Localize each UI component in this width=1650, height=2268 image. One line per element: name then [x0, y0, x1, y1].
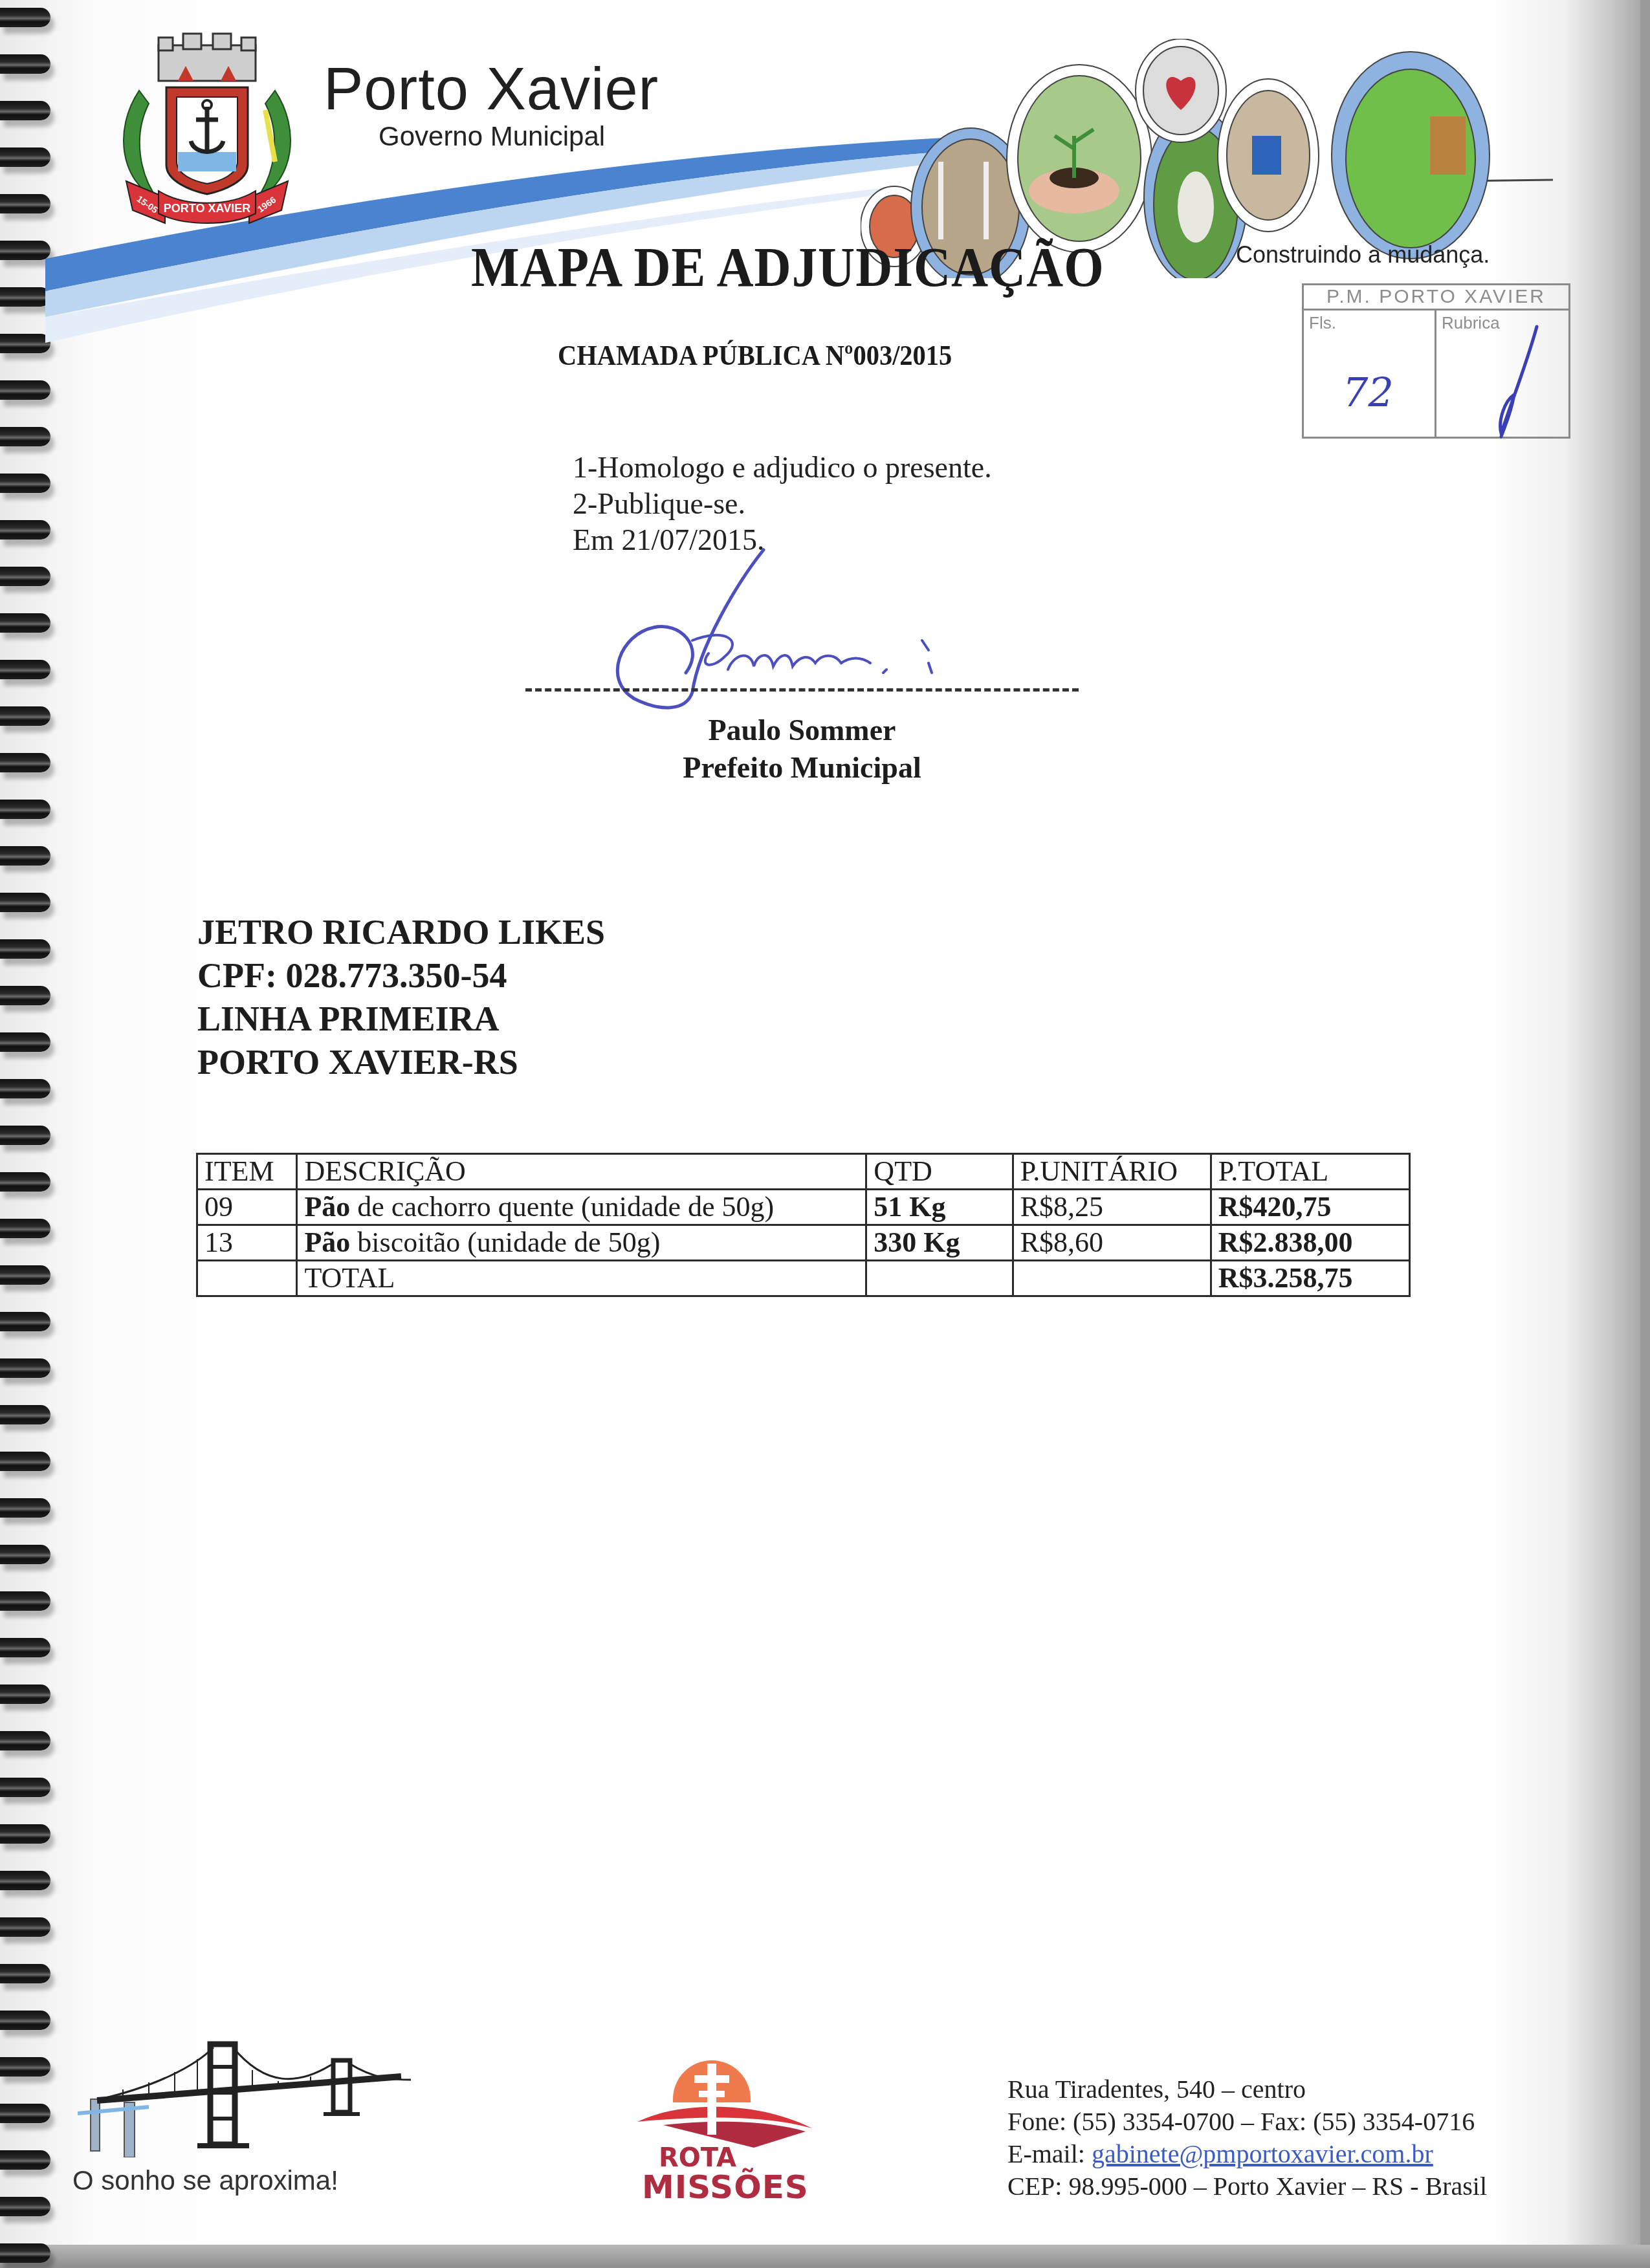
header-description: DESCRIÇÃO	[297, 1154, 866, 1190]
header-item: ITEM	[197, 1154, 297, 1190]
cell-description-rest: biscoitão (unidade de 50g)	[350, 1227, 660, 1258]
binding-ring	[0, 986, 50, 1005]
header-quantity: QTD	[866, 1154, 1013, 1190]
binding-ring	[0, 893, 50, 912]
binding-ring	[0, 1638, 50, 1657]
binding-ring	[0, 613, 50, 633]
cell-total-price: R$420,75	[1211, 1190, 1409, 1225]
table-header-row: ITEM DESCRIÇÃO QTD P.UNITÁRIO P.TOTAL	[197, 1154, 1410, 1190]
binding-ring	[0, 287, 50, 307]
binding-ring	[0, 1219, 50, 1238]
rota-logo-text-line1: ROTA	[659, 2145, 736, 2171]
scan-shadow	[0, 2245, 1650, 2268]
stamp-rubric-cell: Rubrica	[1436, 311, 1568, 439]
total-label: TOTAL	[297, 1261, 866, 1296]
cell-empty	[866, 1261, 1013, 1296]
cell-empty	[1013, 1261, 1211, 1296]
binding-ring	[0, 939, 50, 959]
brand-title: Porto Xavier	[324, 60, 659, 119]
header-total-price: P.TOTAL	[1211, 1154, 1409, 1190]
binding-ring	[0, 1591, 50, 1611]
binding-ring	[0, 1545, 50, 1564]
decision-line-1: 1-Homologo e adjudico o presente.	[573, 450, 992, 486]
binding-ring	[0, 1032, 50, 1052]
stamp-folio-value: 72	[1343, 369, 1394, 416]
binding-ring	[0, 1172, 50, 1192]
binding-ring	[0, 1405, 50, 1424]
binding-ring	[0, 474, 50, 493]
supplier-address: LINHA PRIMEIRA	[197, 998, 605, 1041]
binding-ring	[0, 1358, 50, 1378]
signer-name: Paulo Sommer	[525, 712, 1079, 749]
supplier-block: JETRO RICARDO LIKES CPF: 028.773.350-54 …	[197, 911, 605, 1084]
signer-block: Paulo Sommer Prefeito Municipal	[525, 712, 1079, 787]
document-subtitle: CHAMADA PÚBLICA Nº003/2015	[558, 342, 952, 370]
binding-ring	[0, 520, 50, 540]
supplier-cpf: CPF: 028.773.350-54	[197, 954, 605, 998]
supplier-name: JETRO RICARDO LIKES	[197, 911, 605, 954]
binding-ring	[0, 1265, 50, 1285]
cell-quantity: 51 Kg	[866, 1190, 1013, 1225]
cell-item: 09	[197, 1190, 297, 1225]
binding-ring	[0, 1079, 50, 1098]
rubric-signature-icon	[1475, 323, 1553, 440]
binding-ring	[0, 2011, 50, 2030]
binding-ring	[0, 8, 50, 27]
binding-ring	[0, 567, 50, 586]
cell-description: Pão de cachorro quente (unidade de 50g)	[297, 1190, 866, 1225]
footer-email-label: E-mail:	[1007, 2139, 1092, 2168]
footer-contact-block: Rua Tiradentes, 540 – centro Fone: (55) …	[1007, 2073, 1487, 2203]
binding-ring	[0, 2104, 50, 2123]
table-total-row: TOTAL R$3.258,75	[197, 1261, 1410, 1296]
binding-ring	[0, 1778, 50, 1797]
binding-ring	[0, 147, 50, 167]
binding-ring	[0, 1452, 50, 1471]
binding-ring	[0, 753, 50, 772]
bridge-illustration	[78, 2028, 414, 2157]
binding-ring	[0, 101, 50, 120]
stamp-folio-label: Fls.	[1309, 313, 1336, 333]
decision-line-2: 2-Publique-se.	[573, 486, 992, 522]
supplier-city: PORTO XAVIER-RS	[197, 1041, 605, 1084]
mayor-signature	[595, 543, 996, 718]
decision-text: 1-Homologo e adjudico o presente. 2-Publ…	[573, 450, 992, 558]
cell-unit-price: R$8,25	[1013, 1190, 1211, 1225]
brand-subtitle: Governo Municipal	[379, 123, 605, 150]
header-unit-price: P.UNITÁRIO	[1013, 1154, 1211, 1190]
cell-empty	[197, 1261, 297, 1296]
crest-ribbon-text: PORTO XAVIER	[164, 202, 250, 215]
cell-description-bold: Pão	[304, 1227, 350, 1258]
binding-ring	[0, 1731, 50, 1750]
tagline: Construindo a mudança.	[1236, 243, 1490, 267]
municipal-crest-logo: PORTO XAVIER 15-05 1966	[113, 32, 301, 226]
binding-ring	[0, 194, 50, 213]
footer-phones: Fone: (55) 3354-0700 – Fax: (55) 3354-07…	[1007, 2106, 1487, 2138]
binding-ring	[0, 660, 50, 679]
binding-ring	[0, 427, 50, 446]
footer-email-link[interactable]: gabinete@pmportoxavier.com.br	[1092, 2139, 1433, 2168]
binding-ring	[0, 2197, 50, 2216]
cell-description: Pão biscoitão (unidade de 50g)	[297, 1225, 866, 1261]
footer-email-line: E-mail: gabinete@pmportoxavier.com.br	[1007, 2138, 1487, 2170]
total-value: R$3.258,75	[1211, 1261, 1409, 1296]
signer-role: Prefeito Municipal	[525, 749, 1079, 787]
cell-quantity: 330 Kg	[866, 1225, 1013, 1261]
footer-motto: O sonho se aproxima!	[72, 2167, 338, 2194]
cell-item: 13	[197, 1225, 297, 1261]
cell-total-price: R$2.838,00	[1211, 1225, 1409, 1261]
cell-description-rest: de cachorro quente (unidade de 50g)	[350, 1191, 774, 1223]
table-row: 09 Pão de cachorro quente (unidade de 50…	[197, 1190, 1410, 1225]
rota-logo-text-line2: MISSÕES	[642, 2171, 809, 2203]
cell-description-bold: Pão	[304, 1191, 350, 1223]
table-row: 13 Pão biscoitão (unidade de 50g) 330 Kg…	[197, 1225, 1410, 1261]
binding-ring	[0, 1685, 50, 1704]
binding-ring	[0, 846, 50, 866]
footer-cep: CEP: 98.995-000 – Porto Xavier – RS - Br…	[1007, 2170, 1487, 2203]
adjudication-table: ITEM DESCRIÇÃO QTD P.UNITÁRIO P.TOTAL 09…	[196, 1153, 1411, 1297]
cell-unit-price: R$8,60	[1013, 1225, 1211, 1261]
signature-line	[525, 688, 1079, 692]
protocol-stamp: P.M. PORTO XAVIER Fls. 72 Rubrica	[1302, 283, 1570, 439]
binding-ring	[0, 1964, 50, 1983]
binding-ring	[0, 334, 50, 353]
binding-ring	[0, 241, 50, 260]
stamp-heading: P.M. PORTO XAVIER	[1304, 285, 1568, 311]
binding-ring	[0, 1498, 50, 1518]
binding-ring	[0, 1917, 50, 1937]
binding-ring	[0, 54, 50, 74]
binding-ring	[0, 1126, 50, 1145]
binding-ring	[0, 2243, 50, 2263]
binding-ring	[0, 380, 50, 400]
binding-ring	[0, 2150, 50, 2170]
binding-ring	[0, 1824, 50, 1844]
footer-address: Rua Tiradentes, 540 – centro	[1007, 2073, 1487, 2106]
binding-ring	[0, 706, 50, 726]
binding-ring	[0, 2057, 50, 2077]
binding-ring	[0, 800, 50, 819]
document-title: MAPA DE ADJUDICAÇÃO	[471, 239, 1105, 295]
binding-ring	[0, 1312, 50, 1331]
binding-ring	[0, 1871, 50, 1890]
stamp-folio-cell: Fls. 72	[1304, 311, 1436, 439]
